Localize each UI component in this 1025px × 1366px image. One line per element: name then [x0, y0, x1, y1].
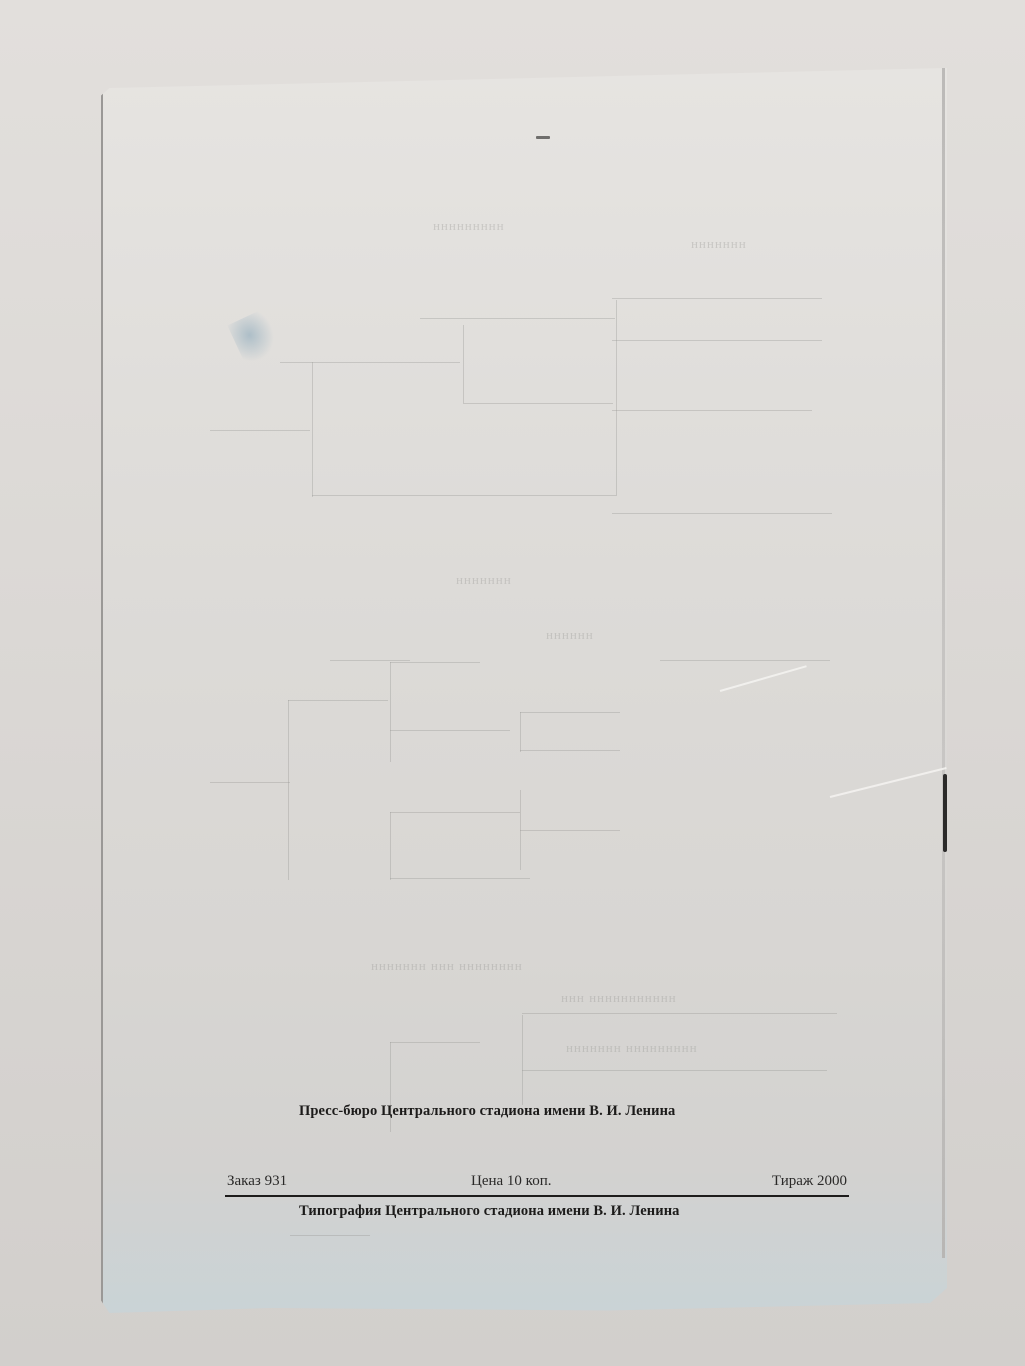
program-back-cover — [101, 68, 947, 1318]
printing-house-line: Типография Центрального стадиона имени В… — [299, 1203, 680, 1220]
price: Цена 10 коп. — [471, 1173, 551, 1190]
staple-mark — [536, 136, 550, 139]
order-number: Заказ 931 — [227, 1173, 287, 1190]
imprint-divider — [225, 1195, 849, 1197]
binding-staple — [943, 774, 947, 852]
press-bureau-line: Пресс-бюро Центрального стадиона имени В… — [299, 1103, 675, 1120]
sheet-edge — [942, 68, 945, 1258]
print-run: Тираж 2000 — [772, 1173, 847, 1190]
